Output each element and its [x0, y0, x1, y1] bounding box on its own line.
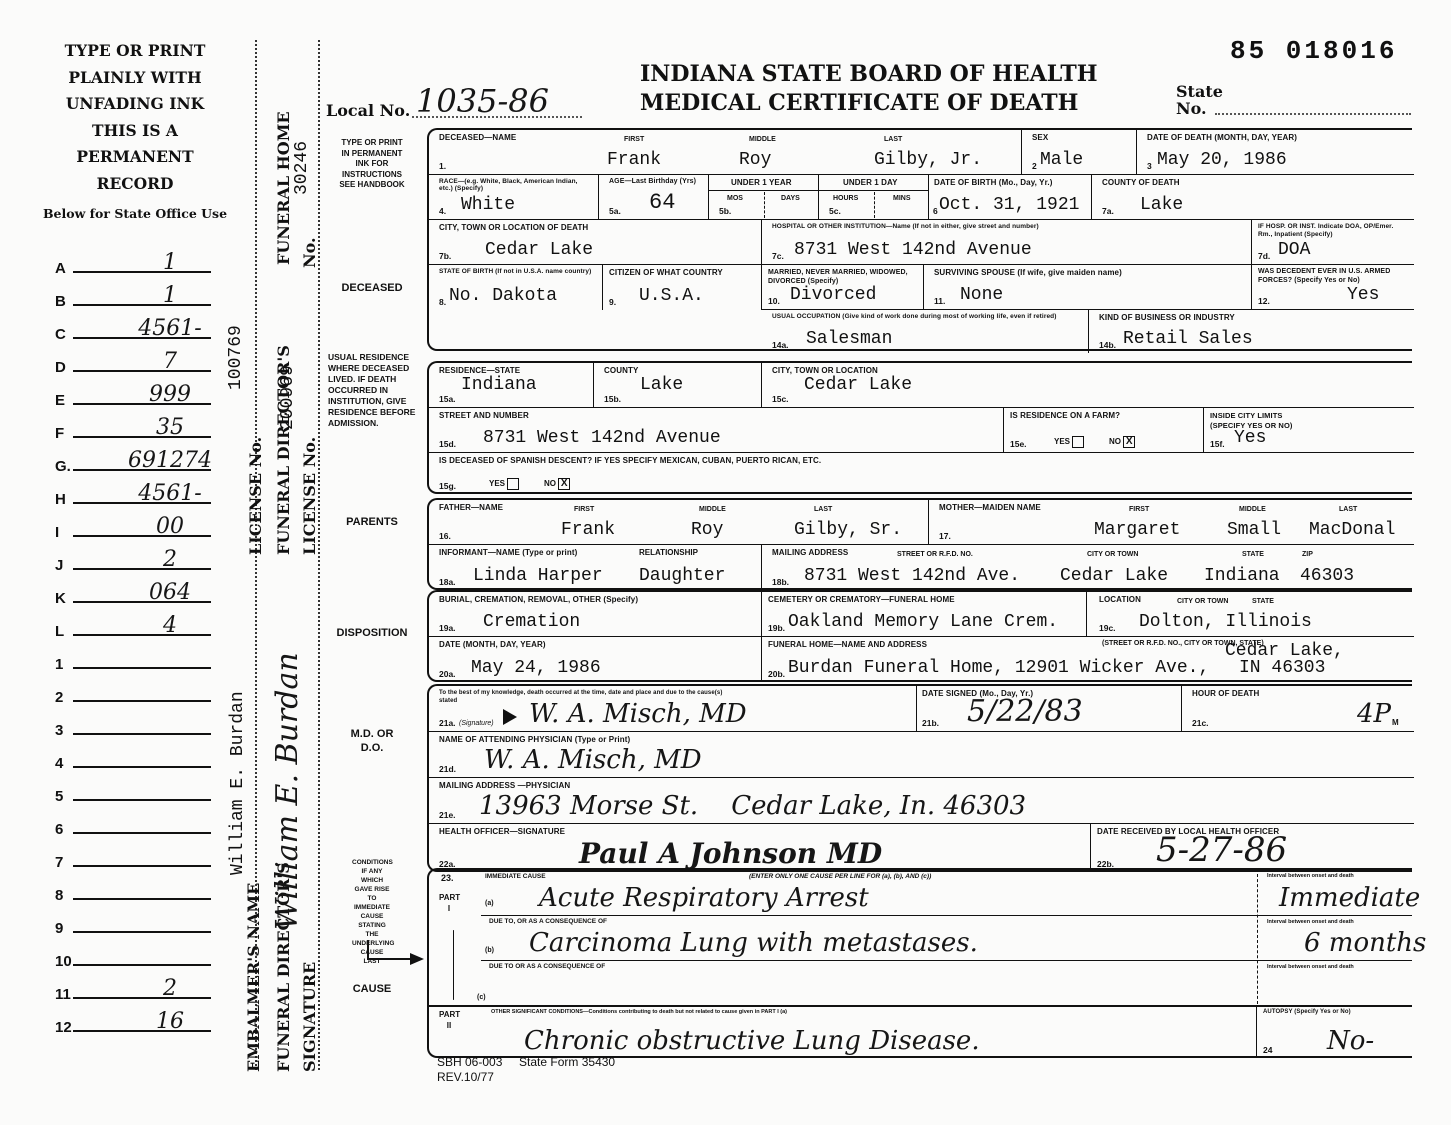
label: INFORMANT—NAME (Type or print)	[439, 548, 577, 557]
code-label: J	[55, 557, 63, 574]
value: 64	[649, 190, 675, 215]
field-number: 14a.	[772, 340, 789, 350]
label: IS RESIDENCE ON A FARM?	[1010, 411, 1120, 420]
field-number: 6	[933, 206, 938, 216]
field-attending-physician[interactable]: NAME OF ATTENDING PHYSICIAN (Type or Pri…	[429, 732, 1414, 778]
field-sex[interactable]: SEX 2 Male	[1022, 130, 1137, 175]
value: 8731 West 142nd Avenue	[483, 428, 721, 448]
state-code-row[interactable]: B1	[55, 290, 215, 310]
spanish-no-option[interactable]: NO X	[544, 478, 570, 490]
field-state-of-birth[interactable]: STATE OF BIRTH (If not in U.S.A. name co…	[429, 265, 603, 310]
state-code-row[interactable]: 10	[55, 950, 215, 970]
label: IS DECEASED OF SPANISH DESCENT? IF YES S…	[439, 456, 821, 465]
state-code-row[interactable]: 1	[55, 653, 215, 673]
value: Lake	[640, 375, 683, 395]
first-label: FIRST	[624, 136, 644, 143]
no-label: NO	[544, 479, 556, 488]
license-value: 100769	[226, 325, 246, 390]
license-label: LICENSE No.	[246, 437, 265, 555]
field-number: 10.	[768, 296, 780, 306]
code-label: F	[55, 425, 64, 442]
value: Cedar Lake	[485, 240, 593, 260]
field-number: 21b.	[922, 718, 939, 728]
field-cemetery[interactable]: CEMETERY OR CREMATORY—FUNERAL HOME 19b. …	[762, 592, 1087, 637]
city-label: CITY OR TOWN	[1087, 551, 1138, 558]
field-number: 12.	[1258, 296, 1270, 306]
field-number: 15c.	[772, 394, 789, 404]
code-label: 9	[55, 920, 63, 937]
fd-license-value: 200969	[278, 365, 298, 430]
state-code-row[interactable]: 8	[55, 884, 215, 904]
field-spanish-descent: IS DECEASED OF SPANISH DESCENT? IF YES S…	[429, 453, 1414, 494]
state-code-row[interactable]: G.691274	[55, 455, 215, 475]
code-line	[73, 733, 211, 735]
notice-line: PERMANENT	[20, 144, 250, 171]
label: NAME OF ATTENDING PHYSICIAN (Type or Pri…	[439, 735, 630, 744]
code-value: 7	[115, 349, 225, 374]
field-number: 1.	[439, 161, 446, 171]
a-label: (a)	[485, 900, 494, 907]
field-number: 21a.	[439, 718, 456, 728]
field-funeral-home[interactable]: FUNERAL HOME—NAME AND ADDRESS (STREET OR…	[762, 637, 1414, 682]
field-number: 15a.	[439, 394, 456, 404]
field-city-of-death[interactable]: CITY, TOWN OR LOCATION OF DEATH 7b. Ceda…	[429, 220, 762, 265]
state-no-line	[1215, 113, 1411, 115]
value: W. A. Misch, MD	[484, 745, 702, 775]
code-label: 10	[55, 953, 72, 970]
field-residence-city[interactable]: CITY, TOWN OR LOCATION 15c. Cedar Lake	[762, 363, 1414, 408]
label: DATE (MONTH, DAY, YEAR)	[439, 640, 546, 649]
code-label: A	[55, 260, 66, 277]
code-label: 2	[55, 689, 63, 706]
funeral-home-no-label: No.	[300, 237, 319, 268]
label: LOCATION	[1099, 595, 1141, 604]
value: 13963 Morse St. Cedar Lake, In. 46303	[479, 791, 1026, 821]
code-value: 4	[115, 613, 225, 638]
field-number: 17.	[939, 531, 951, 541]
label: COUNTY OF DEATH	[1102, 178, 1180, 187]
field-number: 16.	[439, 531, 451, 541]
field-number: 7b.	[439, 251, 451, 261]
first-name: Frank	[561, 520, 615, 540]
field-business[interactable]: KIND OF BUSINESS OR INDUSTRY 14b. Retail…	[1089, 310, 1414, 353]
value: Male	[1040, 150, 1083, 170]
value: Dolton, Illinois	[1139, 612, 1312, 632]
field-mother-name[interactable]: MOTHER—MAIDEN NAME FIRST MIDDLE LAST 17.…	[929, 500, 1414, 545]
title-line-1: INDIANA STATE BOARD OF HEALTH	[640, 60, 1098, 89]
document-title: INDIANA STATE BOARD OF HEALTH MEDICAL CE…	[640, 60, 1098, 118]
farm-no-option[interactable]: NO X	[1109, 436, 1135, 448]
city-label: CITY OR TOWN	[1177, 598, 1228, 605]
usual-residence-label: USUAL RESIDENCE WHERE DECEASED LIVED. IF…	[320, 352, 424, 429]
code-label: B	[55, 293, 66, 310]
code-value: 2	[115, 976, 225, 1001]
cause-row-c[interactable]: DUE TO OR AS A CONSEQUENCE OF (c) Interv…	[429, 961, 1414, 1005]
field-number: 21c.	[1192, 718, 1209, 728]
value: Burdan Funeral Home, 12901 Wicker Ave.,	[788, 658, 1209, 678]
field-under-1-day[interactable]: UNDER 1 DAY HOURS MINS 5c.	[819, 175, 929, 220]
title-line-2: MEDICAL CERTIFICATE OF DEATH	[640, 89, 1098, 118]
first-name: Frank	[607, 150, 661, 170]
state-code-row[interactable]: 2	[55, 686, 215, 706]
section-cause: 23. IMMEDIATE CAUSE (ENTER ONLY ONE CAUS…	[427, 868, 1412, 1058]
city: Cedar Lake	[1060, 566, 1168, 586]
state-code-row[interactable]: 3	[55, 719, 215, 739]
value: Indiana	[461, 375, 537, 395]
field-number: 15f.	[1210, 439, 1225, 449]
other-conditions-value: Chronic obstructive Lung Disease.	[524, 1026, 980, 1056]
notice-line: RECORD	[20, 171, 250, 198]
last-label: LAST	[814, 506, 832, 513]
value: Retail Sales	[1123, 329, 1253, 349]
field-disposition-type[interactable]: BURIAL, CREMATION, REMOVAL, OTHER (Speci…	[429, 592, 762, 637]
disposition-section-label: DISPOSITION	[320, 627, 424, 639]
value: May 24, 1986	[471, 658, 601, 678]
cause-row-b[interactable]: DUE TO, OR AS A CONSEQUENCE OF (b) Carci…	[429, 916, 1414, 960]
label: USUAL OCCUPATION (Give kind of work done…	[772, 313, 1057, 320]
code-value: 4561-	[115, 481, 225, 506]
code-label: 12	[55, 1019, 72, 1036]
field-residence-street[interactable]: STREET AND NUMBER 15d. 8731 West 142nd A…	[429, 408, 1004, 453]
field-marital-status[interactable]: MARRIED, NEVER MARRIED, WIDOWED, DIVORCE…	[762, 265, 924, 310]
section-parents: FATHER—NAME FIRST MIDDLE LAST 16. Frank …	[427, 498, 1412, 590]
label: DATE OF BIRTH (Mo., Day, Yr.)	[934, 178, 1052, 187]
middle-label: MIDDLE	[1239, 506, 1266, 513]
notice-line: TYPE OR PRINT	[20, 38, 250, 65]
spanish-yes-checkbox[interactable]	[507, 478, 519, 490]
last-name: MacDonal	[1309, 520, 1395, 540]
field-number: 21e.	[439, 810, 456, 820]
code-value: 1	[115, 250, 225, 275]
code-line	[73, 964, 211, 966]
label: MOTHER—MAIDEN NAME	[939, 503, 1041, 512]
label: STATE OF BIRTH (If not in U.S.A. name co…	[439, 268, 591, 275]
md-section-label: M.D. OR D.O.	[320, 727, 424, 755]
c-prefix: DUE TO OR AS A CONSEQUENCE OF	[489, 963, 605, 970]
first-name: Margaret	[1094, 520, 1180, 540]
state-label: State	[1176, 83, 1223, 100]
label: MARRIED, NEVER MARRIED, WIDOWED, DIVORCE…	[768, 268, 918, 286]
street: 8731 West 142nd Ave.	[804, 566, 1020, 586]
arrow-right-icon	[410, 953, 424, 965]
local-no-label: Local No.	[326, 101, 410, 120]
code-label: 5	[55, 788, 63, 805]
label: CITIZEN OF WHAT COUNTRY	[609, 268, 723, 277]
embalmer-label: EMBALMER'S NAME	[244, 883, 263, 1072]
code-value: 00	[115, 514, 225, 539]
field-number: 2	[1032, 161, 1037, 171]
field-number: 9.	[609, 297, 616, 307]
value: No. Dakota	[449, 286, 557, 306]
value: Cremation	[483, 612, 580, 632]
value: Cedar Lake	[804, 375, 912, 395]
code-label: 3	[55, 722, 63, 739]
field-number: 20b.	[768, 669, 785, 679]
farm-yes-option[interactable]: YES	[1054, 436, 1084, 448]
field-number: 7a.	[1102, 206, 1114, 216]
code-line	[73, 832, 211, 834]
street-label: STREET OR R.F.D. NO.	[897, 551, 973, 558]
field-residence-farm: IS RESIDENCE ON A FARM? 15e. YES NO X	[1004, 408, 1204, 453]
value: 5-27-86	[1156, 830, 1287, 870]
label: DECEASED—NAME	[439, 133, 516, 142]
field-under-1-year[interactable]: UNDER 1 YEAR MOS DAYS 5b.	[709, 175, 819, 220]
state-code-row[interactable]: 7	[55, 851, 215, 871]
field-other-conditions[interactable]: PART II OTHER SIGNIFICANT CONDITIONS—Con…	[429, 1006, 1257, 1058]
funeral-director-signature: William E. Burdan	[270, 652, 305, 930]
value: Salesman	[806, 329, 892, 349]
label: CEMETERY OR CREMATORY—FUNERAL HOME	[768, 595, 955, 604]
field-surviving-spouse[interactable]: SURVIVING SPOUSE (If wife, give maiden n…	[924, 265, 1252, 310]
b-label: (b)	[485, 947, 494, 954]
farm-no-checkbox[interactable]: X	[1123, 436, 1135, 448]
code-label: D	[55, 359, 66, 376]
interval-label: Interval between onset and death	[1267, 919, 1354, 925]
value: Oct. 31, 1921	[939, 195, 1079, 215]
value: Oakland Memory Lane Crem.	[788, 612, 1058, 632]
informant-name: Linda Harper	[473, 566, 603, 586]
field-county-of-death[interactable]: COUNTY OF DEATH 7a. Lake	[1092, 175, 1414, 220]
last-name: Gilby, Sr.	[794, 520, 902, 540]
label: FUNERAL HOME—NAME AND ADDRESS	[768, 640, 927, 649]
field-autopsy[interactable]: AUTOPSY (Specify Yes or No) 24 No-	[1257, 1006, 1414, 1058]
label: HOSPITAL OR OTHER INSTITUTION—Name (If n…	[772, 223, 1039, 230]
first-label: FIRST	[574, 506, 594, 513]
field-disposition-date[interactable]: DATE (MONTH, DAY, YEAR) 20a. May 24, 198…	[429, 637, 762, 682]
code-label: 4	[55, 755, 63, 772]
code-value: 2	[115, 547, 225, 572]
field-number: 5b.	[719, 206, 731, 216]
cause-b-value: Carcinoma Lung with metastases.	[529, 928, 978, 958]
instructions-label: TYPE OR PRINT IN PERMANENT INK FOR INSTR…	[320, 138, 424, 191]
no-label: NO	[1109, 437, 1121, 446]
field-date-received[interactable]: DATE RECEIVED BY LOCAL HEALTH OFFICER 22…	[1091, 824, 1414, 872]
field-number: 11.	[934, 296, 945, 306]
field-hospital[interactable]: HOSPITAL OR OTHER INSTITUTION—Name (If n…	[762, 220, 1252, 265]
label: CITY, TOWN OR LOCATION OF DEATH	[439, 223, 588, 232]
field-number: 5a.	[609, 206, 621, 216]
field-date-of-birth[interactable]: DATE OF BIRTH (Mo., Day, Yr.) 6 Oct. 31,…	[929, 175, 1092, 220]
label: SEX	[1032, 133, 1048, 142]
local-no-value: 1035-86	[416, 82, 549, 120]
code-value: 16	[115, 1009, 225, 1034]
state-code-row[interactable]: H4561-	[55, 488, 215, 508]
state-code-row[interactable]: F35	[55, 422, 215, 442]
field-city-limits[interactable]: INSIDE CITY LIMITS (SPECIFY YES OR NO) 1…	[1204, 408, 1414, 453]
state-office-use-label: Below for State Office Use	[20, 206, 250, 221]
field-number: 20a.	[439, 669, 456, 679]
notice-line: PLAINLY WITH	[20, 65, 250, 92]
field-number: 7d.	[1258, 251, 1270, 261]
death-certificate-form: DECEASED—NAME FIRST MIDDLE LAST 1. Frank…	[427, 128, 1412, 1060]
field-informant[interactable]: INFORMANT—NAME (Type or print) RELATIONS…	[429, 545, 762, 590]
part-bracket	[453, 930, 454, 1000]
state-form-number: State Form 35430	[519, 1055, 615, 1069]
zip-label: ZIP	[1302, 551, 1313, 558]
field-number: 24	[1263, 1045, 1272, 1055]
field-number: 15g.	[439, 481, 456, 491]
code-label: 8	[55, 887, 63, 904]
field-number: 18a.	[439, 577, 456, 587]
field-race[interactable]: RACE—(e.g. White, Black, American Indian…	[429, 175, 599, 220]
code-label: H	[55, 491, 66, 508]
cause-row-a[interactable]: (a) Acute Respiratory Arrest Interval be…	[429, 870, 1414, 915]
middle-label: MIDDLE	[699, 506, 726, 513]
spanish-no-checkbox[interactable]: X	[558, 478, 570, 490]
label: RACE—(e.g. White, Black, American Indian…	[439, 178, 579, 192]
cause-a-interval: Immediate	[1279, 883, 1420, 913]
interval-divider	[1257, 874, 1258, 1004]
field-number: 19a.	[439, 623, 456, 633]
funeral-home-label: FUNERAL HOME	[274, 111, 293, 265]
days-label: DAYS	[781, 195, 800, 202]
conditions-label: CONDITIONS IF ANY WHICH GAVE RISE TO IMM…	[320, 858, 424, 966]
yes-label: YES	[1054, 437, 1070, 446]
field-number: 8.	[439, 297, 446, 307]
field-disposition-location[interactable]: LOCATION CITY OR TOWN STATE 19c. Dolton,…	[1087, 592, 1414, 637]
field-father-name[interactable]: FATHER—NAME FIRST MIDDLE LAST 16. Frank …	[429, 500, 929, 545]
state-code-row[interactable]: E999	[55, 389, 215, 409]
other-conditions-label: OTHER SIGNIFICANT CONDITIONS—Conditions …	[491, 1009, 787, 1015]
label: UNDER 1 DAY	[843, 178, 898, 187]
code-line	[73, 667, 211, 669]
revision: REV.10/77	[437, 1070, 615, 1085]
label: KIND OF BUSINESS OR INDUSTRY	[1099, 313, 1235, 322]
value: Yes	[1234, 428, 1266, 448]
mins-label: MINS	[893, 195, 911, 202]
last-name: Gilby, Jr.	[874, 150, 982, 170]
field-residence-state[interactable]: RESIDENCE—STATE 15a. Indiana	[429, 363, 594, 408]
state-label: STATE	[1242, 551, 1264, 558]
middle-label: MIDDLE	[749, 136, 776, 143]
code-label: 11	[55, 986, 71, 1003]
code-label: L	[55, 623, 64, 640]
arrow-right-icon	[503, 709, 517, 725]
state-code-row[interactable]: C4561-	[55, 323, 215, 343]
value: Yes	[1347, 285, 1379, 305]
part-2-label: PART II	[439, 1009, 459, 1031]
value: 5/22/83	[967, 694, 1083, 729]
code-line	[73, 766, 211, 768]
label: DATE OF DEATH (MONTH, DAY, YEAR)	[1147, 133, 1297, 142]
field-physician-address[interactable]: MAILING ADDRESS —PHYSICIAN 21e. 13963 Mo…	[429, 778, 1414, 824]
field-armed-forces[interactable]: WAS DECEDENT EVER IN U.S. ARMED FORCES? …	[1252, 265, 1414, 310]
value: Paul A Johnson MD	[579, 837, 882, 870]
field-number: 14b.	[1099, 340, 1116, 350]
label: UNDER 1 YEAR	[731, 178, 792, 187]
code-label: 1	[55, 656, 63, 673]
field-occupation[interactable]: USUAL OCCUPATION (Give kind of work done…	[762, 310, 1089, 353]
code-line	[73, 799, 211, 801]
field-age[interactable]: AGE—Last Birthday (Yrs) 5a. 64	[599, 175, 709, 220]
section-deceased: DECEASED—NAME FIRST MIDDLE LAST 1. Frank…	[427, 128, 1412, 351]
farm-yes-checkbox[interactable]	[1072, 436, 1084, 448]
state-code-row[interactable]: 6	[55, 818, 215, 838]
code-label: E	[55, 392, 65, 409]
field-mailing-address[interactable]: MAILING ADDRESS STREET OR R.F.D. NO. CIT…	[762, 545, 1414, 590]
value: U.S.A.	[639, 286, 704, 306]
state-code-row[interactable]: I00	[55, 521, 215, 541]
label: WAS DECEDENT EVER IN U.S. ARMED FORCES? …	[1258, 268, 1408, 285]
field-certification-signature[interactable]: To the best of my knowledge, death occur…	[429, 686, 917, 732]
state-code-row[interactable]: K064	[55, 587, 215, 607]
state-code-row[interactable]: 1216	[55, 1016, 215, 1036]
state-code-row[interactable]: A1	[55, 257, 215, 277]
field-residence-county[interactable]: COUNTY 15b. Lake	[594, 363, 762, 408]
cause-a-value: Acute Respiratory Arrest	[539, 883, 869, 913]
field-number: 7c.	[772, 251, 784, 261]
state-code-row[interactable]: 112	[55, 983, 215, 1003]
field-date-signed[interactable]: DATE SIGNED (Mo., Day, Yr.) 21b. 5/22/83	[917, 686, 1182, 732]
field-number: 4.	[439, 206, 446, 216]
field-number: 19c.	[1099, 623, 1116, 633]
field-number: 5c.	[829, 206, 841, 216]
interval-label: Interval between onset and death	[1267, 964, 1354, 970]
code-value: 4561-	[115, 316, 225, 341]
state-code-row[interactable]: 9	[55, 917, 215, 937]
state-code-row[interactable]: 4	[55, 752, 215, 772]
code-value: 35	[115, 415, 225, 440]
value: 4P	[1357, 699, 1391, 729]
label: HEALTH OFFICER—SIGNATURE	[439, 827, 565, 836]
field-health-officer[interactable]: HEALTH OFFICER—SIGNATURE 22a. Paul A Joh…	[429, 824, 1091, 872]
value: None	[960, 285, 1003, 305]
state-code-row[interactable]: J2	[55, 554, 215, 574]
state-code-row[interactable]: 5	[55, 785, 215, 805]
state-label: STATE	[1252, 598, 1274, 605]
field-date-of-death[interactable]: DATE OF DEATH (MONTH, DAY, YEAR) 3 May 2…	[1137, 130, 1414, 175]
hours-label: HOURS	[833, 195, 858, 202]
relationship-label: RELATIONSHIP	[639, 548, 698, 557]
value: 8731 West 142nd Avenue	[794, 240, 1032, 260]
embalmer-name: William E. Burdan	[228, 691, 248, 875]
physician-signature: W. A. Misch, MD	[529, 699, 747, 729]
code-label: I	[55, 524, 59, 541]
last-label: LAST	[884, 136, 902, 143]
code-label: C	[55, 326, 66, 343]
label: HOUR OF DEATH	[1192, 689, 1259, 698]
value: White	[461, 195, 515, 215]
field-citizen[interactable]: CITIZEN OF WHAT COUNTRY 9. U.S.A.	[603, 265, 762, 310]
label: MAILING ADDRESS —PHYSICIAN	[439, 781, 570, 790]
field-hospital-status[interactable]: IF HOSP. OR INST. Indicate DOA, OP/Emer.…	[1252, 220, 1414, 265]
form-footer: SBH 06-003 State Form 35430 REV.10/77	[437, 1055, 615, 1085]
spanish-yes-option[interactable]: YES	[489, 478, 519, 490]
label: SURVIVING SPOUSE (If wife, give maiden n…	[934, 268, 1122, 277]
label: STREET AND NUMBER	[439, 411, 529, 420]
arrow-stem	[367, 940, 369, 960]
label: RESIDENCE—STATE	[439, 366, 520, 375]
value: Divorced	[790, 285, 876, 305]
field-hour-of-death[interactable]: HOUR OF DEATH 21c. 4P M	[1182, 686, 1414, 732]
field-number: 15b.	[604, 394, 621, 404]
field-number: 3	[1147, 161, 1152, 171]
code-value: 999	[115, 382, 225, 407]
middle-name: Roy	[691, 520, 723, 540]
label: COUNTY	[604, 366, 638, 375]
middle-name: Roy	[739, 150, 771, 170]
field-number: 15e.	[1010, 439, 1027, 449]
state-code-row[interactable]: L4	[55, 620, 215, 640]
code-line	[73, 700, 211, 702]
code-label: 7	[55, 854, 63, 871]
state-code-row[interactable]: D7	[55, 356, 215, 376]
signature-label: SIGNATURE	[300, 962, 319, 1072]
value: Lake	[1140, 195, 1183, 215]
label: MAILING ADDRESS	[772, 548, 848, 557]
label: CITY, TOWN OR LOCATION	[772, 366, 878, 375]
field-deceased-name[interactable]: DECEASED—NAME FIRST MIDDLE LAST 1. Frank…	[429, 130, 1022, 175]
